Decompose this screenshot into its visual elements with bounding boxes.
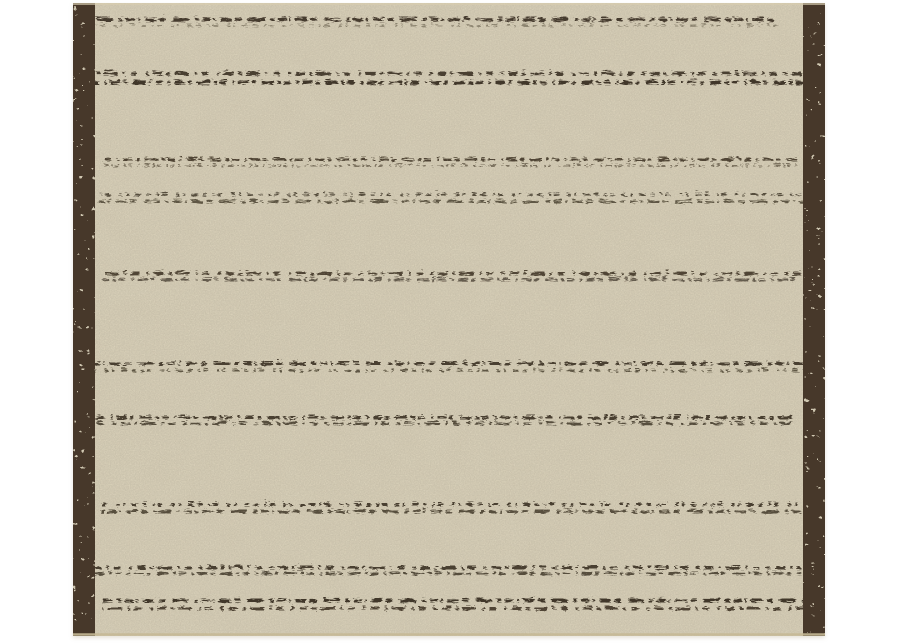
rug-grain-texture [73,3,825,636]
rug-left-border-core [73,3,82,636]
product-photo-stage [0,0,900,643]
rug-image-svg [73,3,825,636]
rug-product-image [73,3,825,636]
rug-layers [73,3,825,636]
page-background: { "page": { "background_color": "#ffffff… [0,0,900,643]
rug-right-border-core [816,3,825,636]
